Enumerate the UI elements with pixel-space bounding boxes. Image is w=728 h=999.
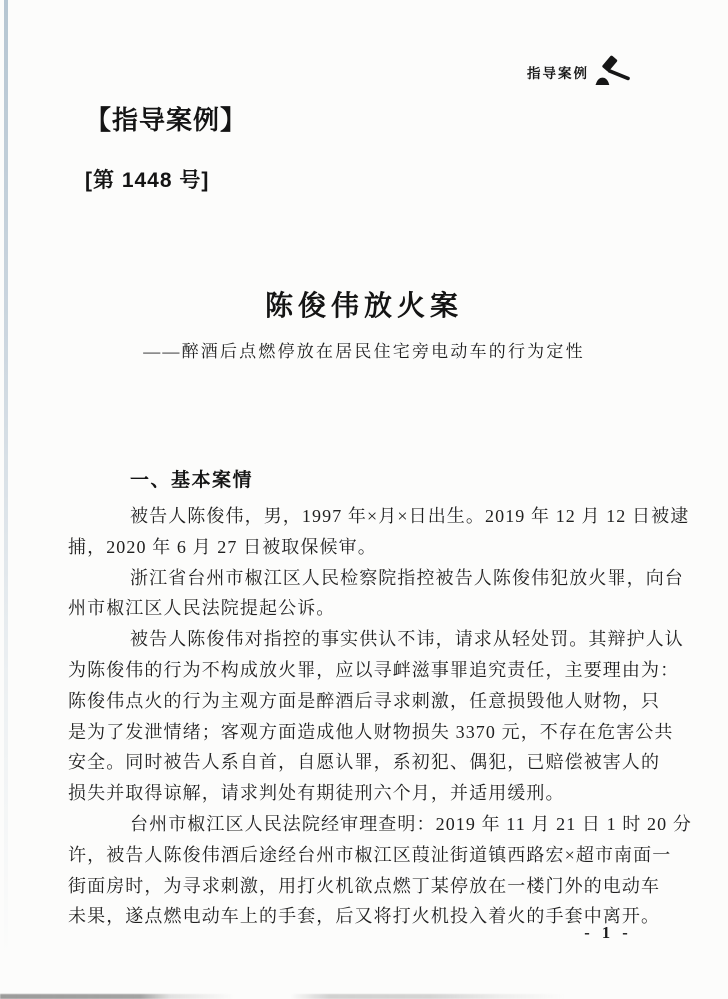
body-line: 损失并取得谅解，请求判处有期徒刑六个月，并适用缓刑。 — [68, 778, 660, 809]
running-header-label: 指导案例 — [527, 62, 589, 82]
bracket-section-title: 【指导案例】 — [85, 100, 247, 137]
body-line: 州市椒江区人民法院提起公诉。 — [68, 593, 660, 624]
scanned-document-page: 指导案例 【指导案例】 [第 1448 号] 陈俊伟放火案 ——醉酒后点燃停放在… — [0, 0, 728, 999]
body-line: 被告人陈俊伟对指控的事实供认不讳，请求从轻处罚。其辩护人认 — [68, 624, 660, 655]
case-number: [第 1448 号] — [85, 164, 209, 194]
body-line: 为陈俊伟的行为不构成放火罪，应以寻衅滋事罪追究责任，主要理由为： — [68, 655, 660, 686]
running-header: 指导案例 — [527, 55, 633, 88]
body-line: 安全。同时被告人系自首，自愿认罪，系初犯、偶犯，已赔偿被害人的 — [68, 747, 660, 778]
body-line: 是为了发泄情绪；客观方面造成他人财物损失 3370 元，不存在危害公共 — [68, 717, 660, 748]
body-line: 台州市椒江区人民法院经审理查明：2019 年 11 月 21 日 1 时 20 … — [68, 809, 660, 840]
body-line: 街面房时，为寻求刺激，用打火机欲点燃丁某停放在一楼门外的电动车 — [68, 871, 660, 902]
scan-left-edge-artifact — [4, 0, 8, 959]
body-line: 许，被告人陈俊伟酒后途经台州市椒江区葭沚街道镇西路宏×超市南面一 — [68, 840, 660, 871]
page-number: - 1 - — [578, 923, 638, 943]
case-title: 陈俊伟放火案 — [0, 284, 728, 324]
body-line: 捕，2020 年 6 月 27 日被取保候审。 — [68, 532, 660, 563]
gavel-icon — [595, 55, 633, 88]
case-subtitle: ——醉酒后点燃停放在居民住宅旁电动车的行为定性 — [0, 337, 728, 362]
body-text: 被告人陈俊伟，男，1997 年×月×日出生。2019 年 12 月 12 日被逮… — [68, 501, 660, 932]
body-line: 陈俊伟点火的行为主观方面是醉酒后寻求刺激，任意损毁他人财物，只 — [68, 686, 660, 717]
section-heading-basic-facts: 一、基本案情 — [130, 465, 253, 492]
body-line: 浙江省台州市椒江区人民检察院指控被告人陈俊伟犯放火罪，向台 — [68, 563, 660, 594]
scan-bottom-edge-artifact — [0, 994, 565, 999]
body-line: 被告人陈俊伟，男，1997 年×月×日出生。2019 年 12 月 12 日被逮 — [68, 501, 660, 532]
body-line: 未果，遂点燃电动车上的手套，后又将打火机投入着火的手套中离开。 — [68, 901, 660, 932]
